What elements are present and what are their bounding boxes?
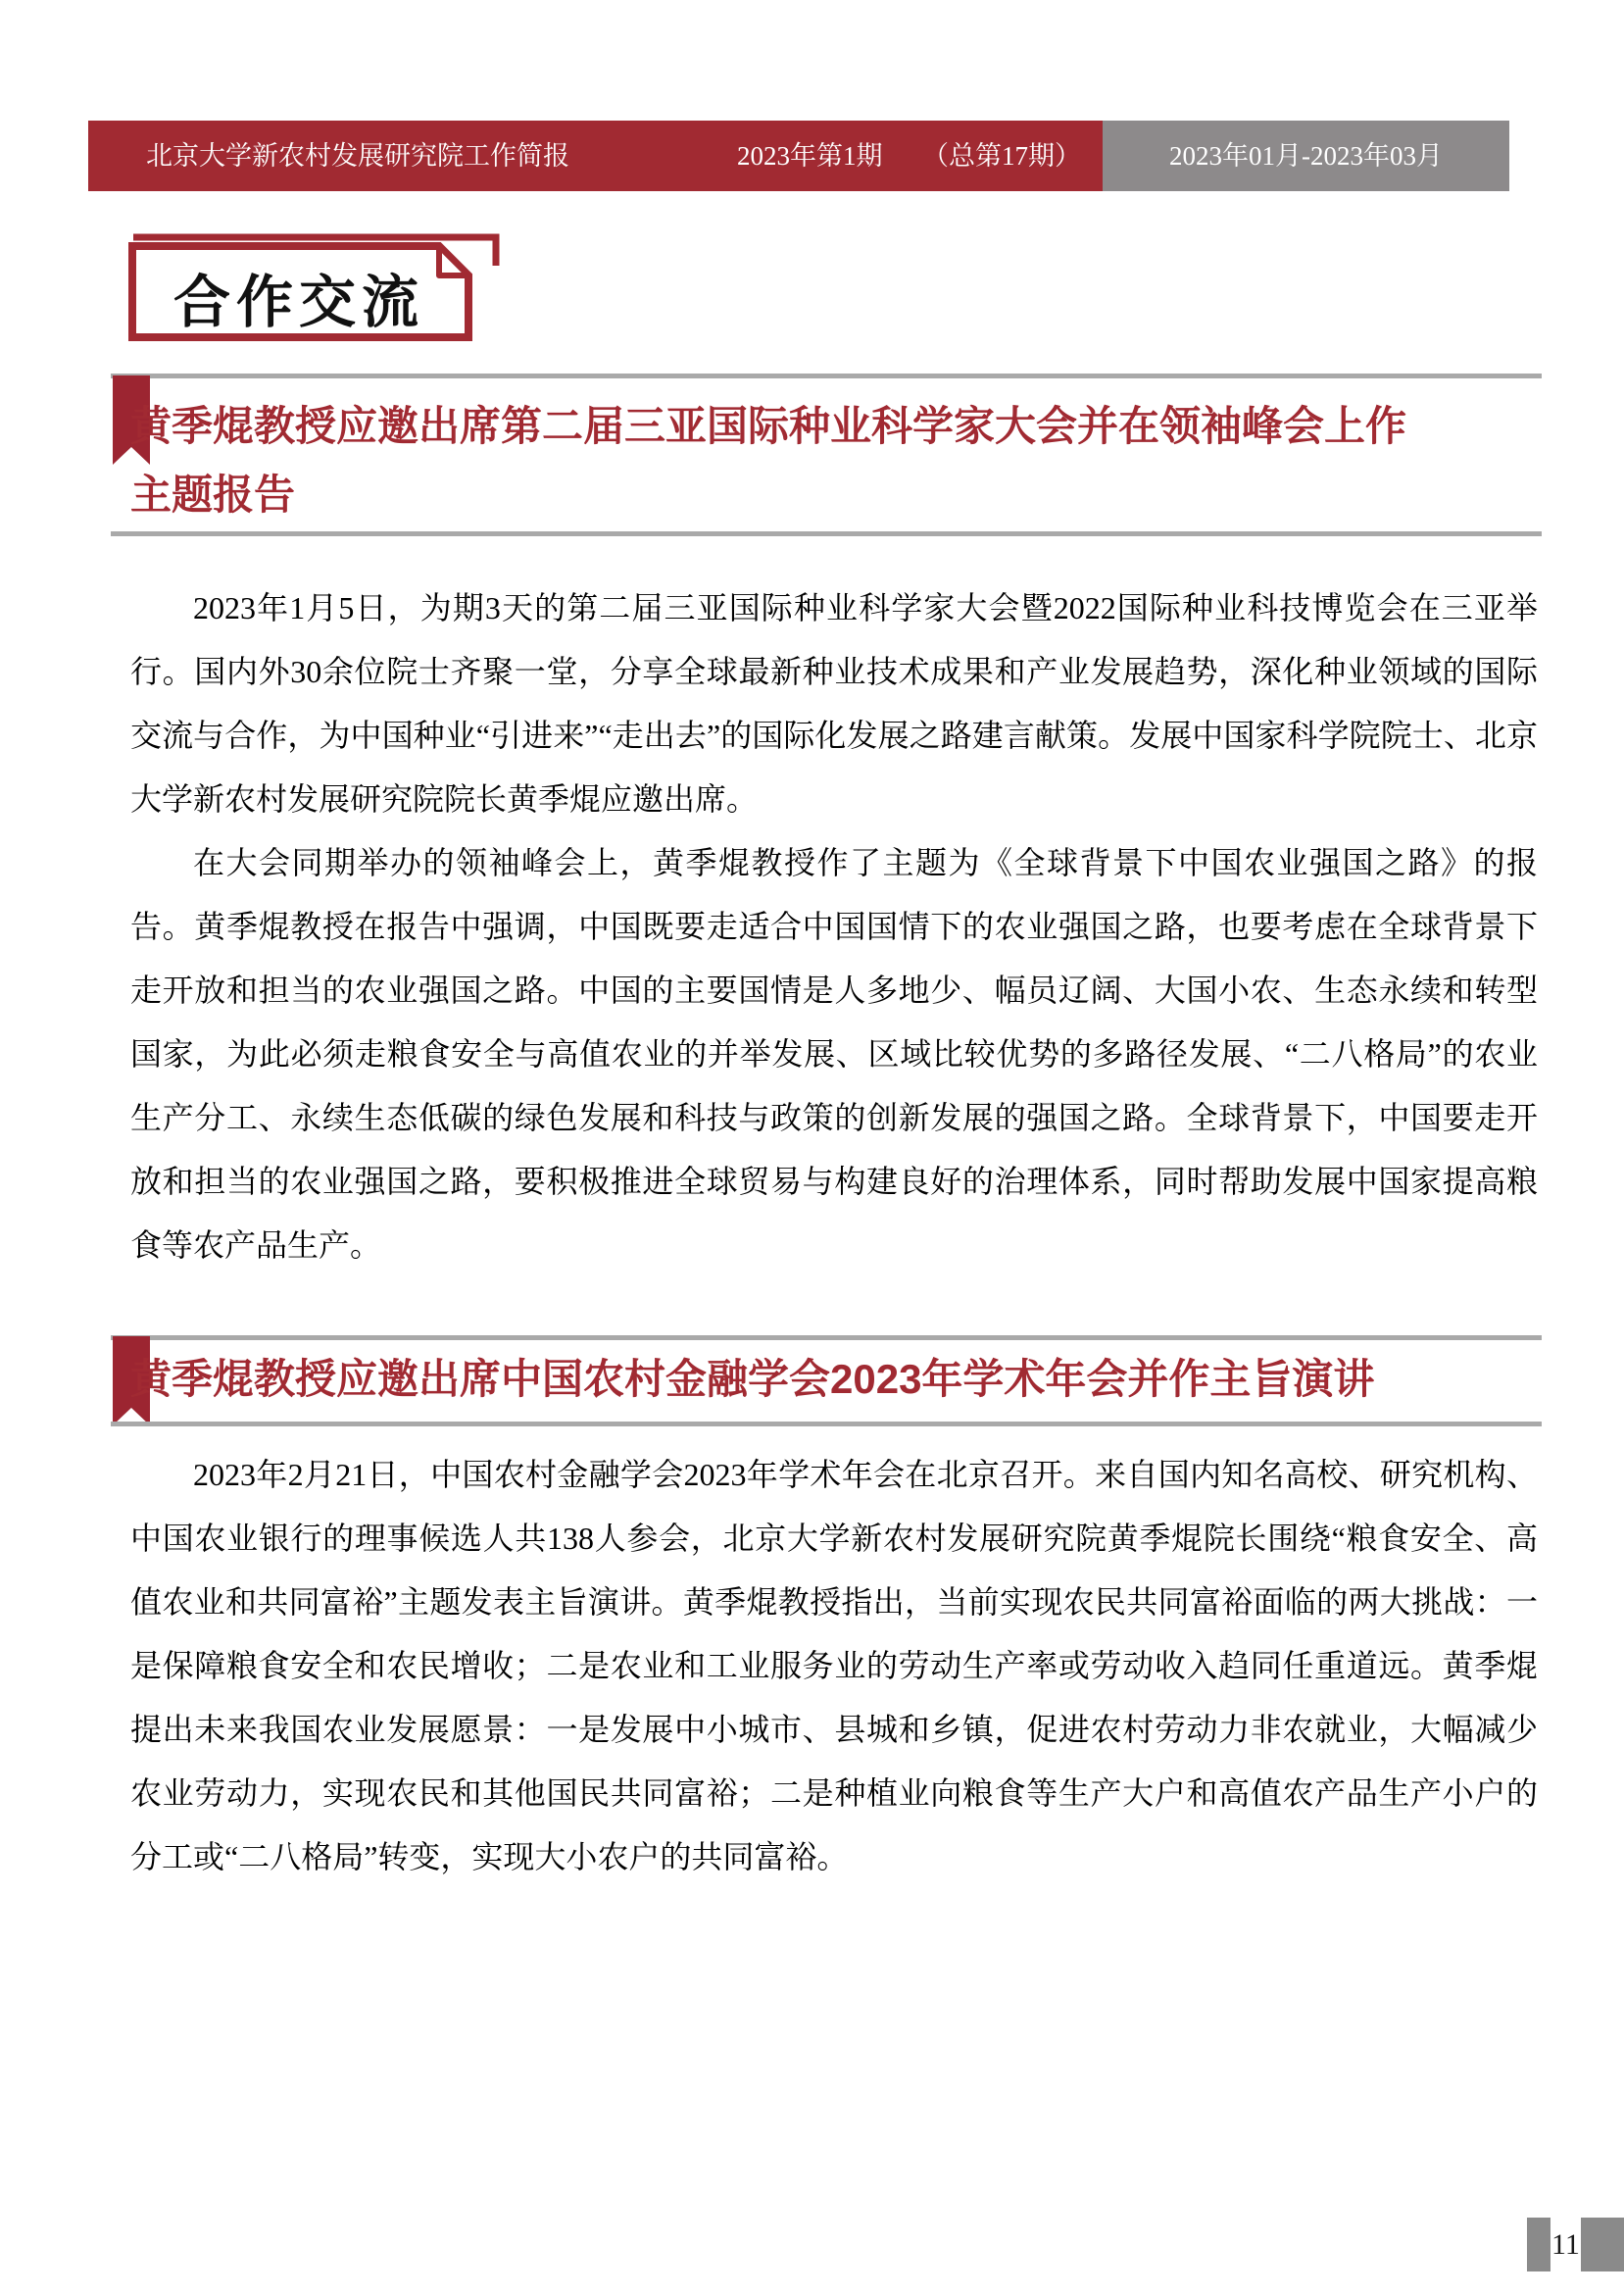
paragraph: 在大会同期举办的领袖峰会上，黄季焜教授作了主题为《全球背景下中国农业强国之路》的… [130,831,1538,1277]
header-title: 北京大学新农村发展研究院工作简报 [146,143,569,170]
divider [111,531,1542,536]
newsletter-page: 北京大学新农村发展研究院工作简报 2023年第1期 （总第17期） 2023年0… [0,0,1624,2296]
section-1-title-line-1: 黄季焜教授应邀出席第二届三亚国际种业科学家大会并在领袖峰会上作 [130,392,1522,461]
header-period: 2023年01月-2023年03月 [1169,143,1443,170]
section-2-body: 2023年2月21日，中国农村金融学会2023年学术年会在北京召开。来自国内知名… [130,1443,1538,1889]
section-1-title: 黄季焜教授应邀出席第二届三亚国际种业科学家大会并在领袖峰会上作 主题报告 [130,392,1522,529]
divider [111,1422,1542,1426]
footer-bar [1581,2218,1624,2271]
header-issue: 2023年第1期 （总第17期） [737,143,1081,170]
section-banner: 合作交流 [127,228,505,346]
page-header: 北京大学新农村发展研究院工作简报 2023年第1期 （总第17期） 2023年0… [88,121,1509,191]
paragraph: 2023年2月21日，中国农村金融学会2023年学术年会在北京召开。来自国内知名… [130,1443,1538,1889]
page-footer: 11 [1527,2218,1624,2271]
section-1-body: 2023年1月5日，为期3天的第二届三亚国际种业科学家大会暨2022国际种业科技… [130,576,1538,1277]
header-gray-band: 2023年01月-2023年03月 [1103,121,1509,191]
section-1-title-line-2: 主题报告 [130,461,1522,529]
banner-label: 合作交流 [137,256,461,338]
paragraph: 2023年1月5日，为期3天的第二届三亚国际种业科学家大会暨2022国际种业科技… [130,576,1538,831]
header-red-band: 北京大学新农村发展研究院工作简报 2023年第1期 （总第17期） [88,121,1103,191]
section-2-title-line-1: 黄季焜教授应邀出席中国农村金融学会2023年学术年会并作主旨演讲 [130,1345,1522,1414]
divider [111,374,1542,378]
page-number: 11 [1550,2218,1581,2271]
section-2-title: 黄季焜教授应邀出席中国农村金融学会2023年学术年会并作主旨演讲 [130,1345,1522,1414]
footer-bar [1527,2218,1550,2271]
divider [111,1335,1542,1340]
